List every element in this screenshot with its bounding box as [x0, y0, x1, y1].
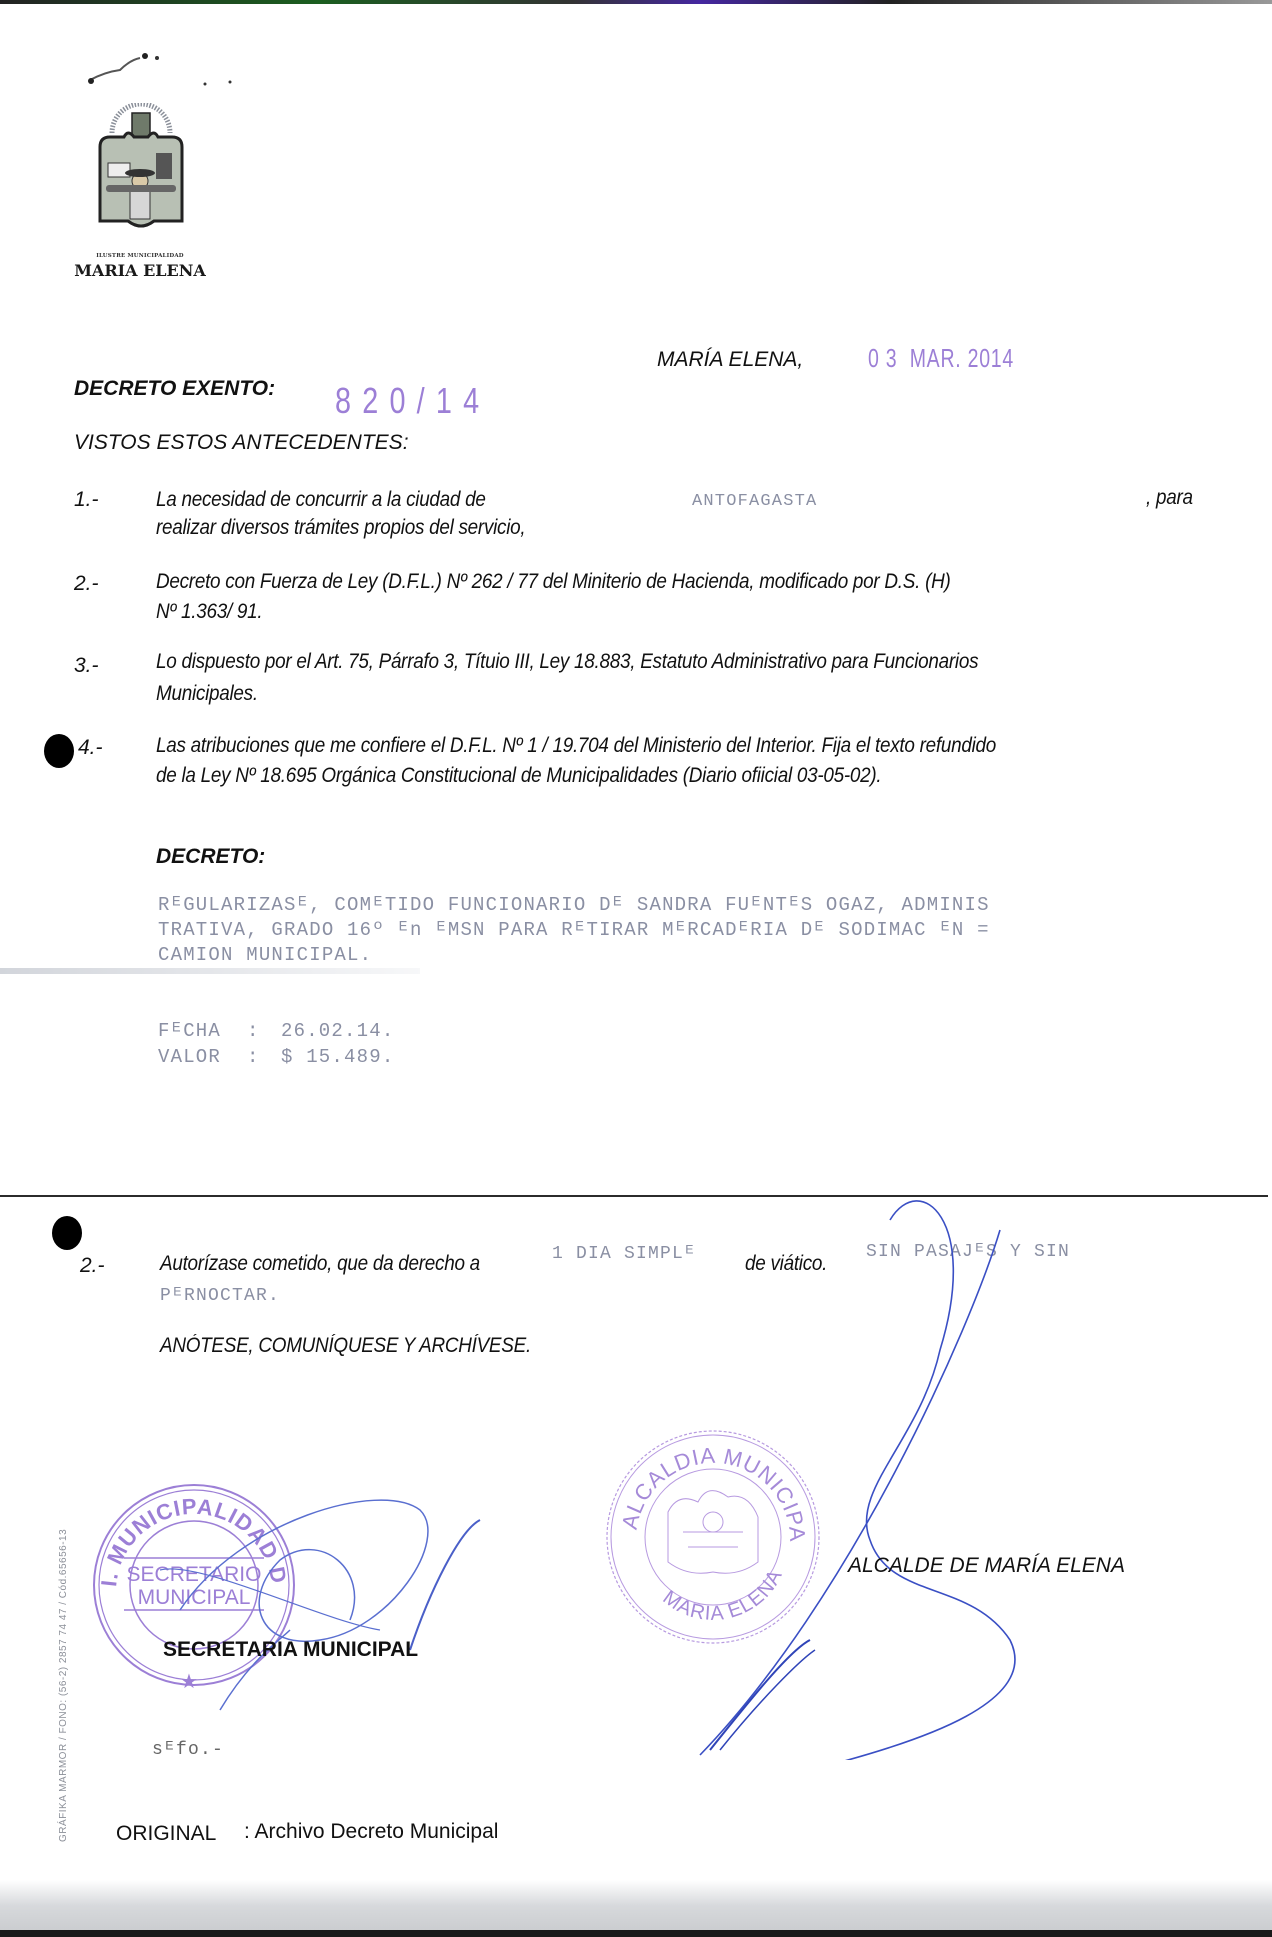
vistos-item-1-number: 1.-: [74, 488, 99, 512]
vistos-item-2-number: 2.-: [74, 572, 99, 596]
decreto-typed-line-2: TRATIVA, GRADO 16º ᴱn ᴱMSN PARA RᴱTIRAR …: [158, 919, 990, 941]
mayor-title: ALCALDE DE MARÍA ELENA: [848, 1554, 1125, 1578]
typist-initials: sᴱfo.-: [152, 1740, 224, 1760]
printer-credit: GRÁFIKA MARMOR / FONO: (56-2) 2857 74 47…: [58, 1529, 69, 1842]
vistos-item-3-line2: Municipales.: [156, 682, 258, 706]
decree-number-stamp: 8 2 0 / 1 4: [335, 380, 481, 422]
vistos-item-4-number: 4.-: [78, 736, 103, 760]
decreto-heading: DECRETO:: [156, 845, 265, 869]
scan-artifact: [0, 968, 420, 974]
destination-city: ANTOFAGASTA: [692, 492, 817, 511]
punch-hole-mark: [44, 734, 74, 768]
distribution-value: : Archivo Decreto Municipal: [244, 1820, 498, 1844]
valor-value: $ 15.489.: [281, 1046, 394, 1068]
punch-hole-mark: [52, 1216, 82, 1250]
decreto-typed-line-3: CAMION MUNICIPAL.: [158, 944, 372, 966]
viatico-note-2: PᴱRNOCTAR.: [160, 1286, 280, 1306]
vistos-item-4-line1: Las atribuciones que me confiere el D.F.…: [156, 734, 996, 758]
vistos-item-1-line2: realizar diversos trámites propios del s…: [156, 516, 525, 540]
mayor-signature: [690, 1180, 1110, 1760]
vistos-item-1-line1-end: , para: [1146, 486, 1193, 510]
crest-icon: [94, 103, 188, 241]
vistos-item-2-line2: Nº 1.363/ 91.: [156, 600, 262, 624]
decree-label: DECRETO EXENTO:: [74, 377, 275, 401]
municipality-name: MARIA ELENA: [74, 261, 206, 280]
municipal-crest-logo: [94, 103, 188, 241]
decreto-typed-line-1: RᴱGULARIZASᴱ, COMᴱTIDO FUNCIONARIO Dᴱ SA…: [158, 894, 990, 916]
scan-top-edge: [0, 0, 1272, 4]
decree-item-2-number: 2.-: [80, 1254, 105, 1278]
valor-separator: :: [247, 1046, 260, 1068]
viatico-days: 1 DIA SIMPLᴱ: [552, 1244, 696, 1264]
vistos-item-1-line1: La necesidad de concurrir a la ciudad de: [156, 488, 486, 512]
municipality-small-label: ILUSTRE MUNICIPALIDAD: [74, 253, 206, 259]
vistos-item-3-number: 3.-: [74, 654, 99, 678]
vistos-item-3-line1: Lo dispuesto por el Art. 75, Párrafo 3, …: [156, 650, 978, 674]
secretary-signature: [120, 1460, 500, 1730]
vistos-item-2-line1: Decreto con Fuerza de Ley (D.F.L.) Nº 26…: [156, 570, 951, 594]
distribution-label: ORIGINAL: [116, 1822, 216, 1846]
secretary-title: SECRETARIA MUNICIPAL: [163, 1638, 418, 1662]
stray-marks: [85, 48, 265, 98]
place-label: MARÍA ELENA,: [657, 348, 803, 372]
decree-item-2-text-before: Autorízase cometido, que da derecho a: [160, 1252, 480, 1276]
valor-label: VALOR: [158, 1046, 221, 1068]
closing-formula: ANÓTESE, COMUNÍQUESE Y ARCHÍVESE.: [160, 1334, 531, 1358]
vistos-heading: VISTOS ESTOS ANTECEDENTES:: [74, 431, 409, 455]
scan-bottom-shade: [0, 1880, 1272, 1937]
scan-bottom-edge: [0, 1930, 1272, 1937]
fecha-value: 26.02.14.: [281, 1020, 394, 1042]
vistos-item-4-line2: de la Ley Nº 18.695 Orgánica Constitucio…: [156, 764, 881, 788]
fecha-separator: :: [247, 1020, 260, 1042]
date-stamp: 0 3 MAR. 2014: [868, 343, 1014, 374]
fecha-label: FᴱCHA: [158, 1020, 221, 1042]
